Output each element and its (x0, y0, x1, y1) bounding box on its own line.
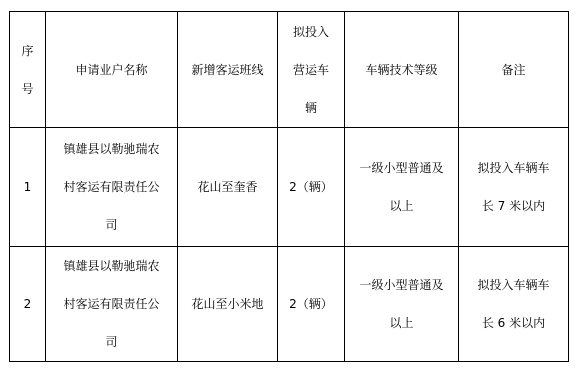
cell-route: 花山至奎香 (178, 128, 278, 247)
cell-text: 司 (46, 206, 177, 244)
cell-seq: 2 (10, 247, 46, 362)
cell-text: 拟投入车辆车 (459, 149, 568, 187)
cell-text: 一级小型普通及 (345, 266, 458, 304)
cell-text: 司 (46, 323, 177, 361)
cell-remarks: 拟投入车辆车 长 6 米以内 (459, 247, 569, 362)
cell-tech-grade: 一级小型普通及 以上 (345, 128, 459, 247)
cell-seq: 1 (10, 128, 46, 247)
cell-applicant: 镇雄县以勒驰瑞农 村客运有限责任公 司 (46, 247, 178, 362)
header-seq: 序 号 (10, 12, 46, 128)
header-vehicles: 拟投入 营运车 辆 (278, 12, 345, 128)
cell-tech-grade: 一级小型普通及 以上 (345, 247, 459, 362)
cell-text: 长 6 米以内 (459, 304, 568, 342)
header-route: 新增客运班线 (178, 12, 278, 128)
cell-vehicles: 2（辆） (278, 128, 345, 247)
header-text: 序 (10, 32, 45, 70)
header-applicant: 申请业户名称 (46, 12, 178, 128)
header-remarks: 备注 (459, 12, 569, 128)
cell-text: 以上 (345, 187, 458, 225)
cell-text: 拟投入车辆车 (459, 266, 568, 304)
cell-vehicles: 2（辆） (278, 247, 345, 362)
cell-text: 村客运有限责任公 (46, 285, 177, 323)
header-row: 序 号 申请业户名称 新增客运班线 拟投入 营运车 辆 车辆技术等级 备注 (10, 12, 569, 128)
cell-route: 花山至小米地 (178, 247, 278, 362)
vehicle-application-table: 序 号 申请业户名称 新增客运班线 拟投入 营运车 辆 车辆技术等级 备注 1 … (9, 11, 569, 362)
cell-applicant: 镇雄县以勒驰瑞农 村客运有限责任公 司 (46, 128, 178, 247)
table-row: 1 镇雄县以勒驰瑞农 村客运有限责任公 司 花山至奎香 2（辆） 一级小型普通及… (10, 128, 569, 247)
header-text: 营运车 (278, 51, 344, 89)
cell-text: 村客运有限责任公 (46, 168, 177, 206)
cell-text: 以上 (345, 304, 458, 342)
header-text: 辆 (278, 89, 344, 127)
cell-text: 一级小型普通及 (345, 149, 458, 187)
cell-text: 镇雄县以勒驰瑞农 (46, 130, 177, 168)
header-text: 拟投入 (278, 13, 344, 51)
header-tech-grade: 车辆技术等级 (345, 12, 459, 128)
cell-text: 长 7 米以内 (459, 187, 568, 225)
cell-text: 镇雄县以勒驰瑞农 (46, 247, 177, 285)
cell-remarks: 拟投入车辆车 长 7 米以内 (459, 128, 569, 247)
header-text: 号 (10, 70, 45, 108)
table-row: 2 镇雄县以勒驰瑞农 村客运有限责任公 司 花山至小米地 2（辆） 一级小型普通… (10, 247, 569, 362)
